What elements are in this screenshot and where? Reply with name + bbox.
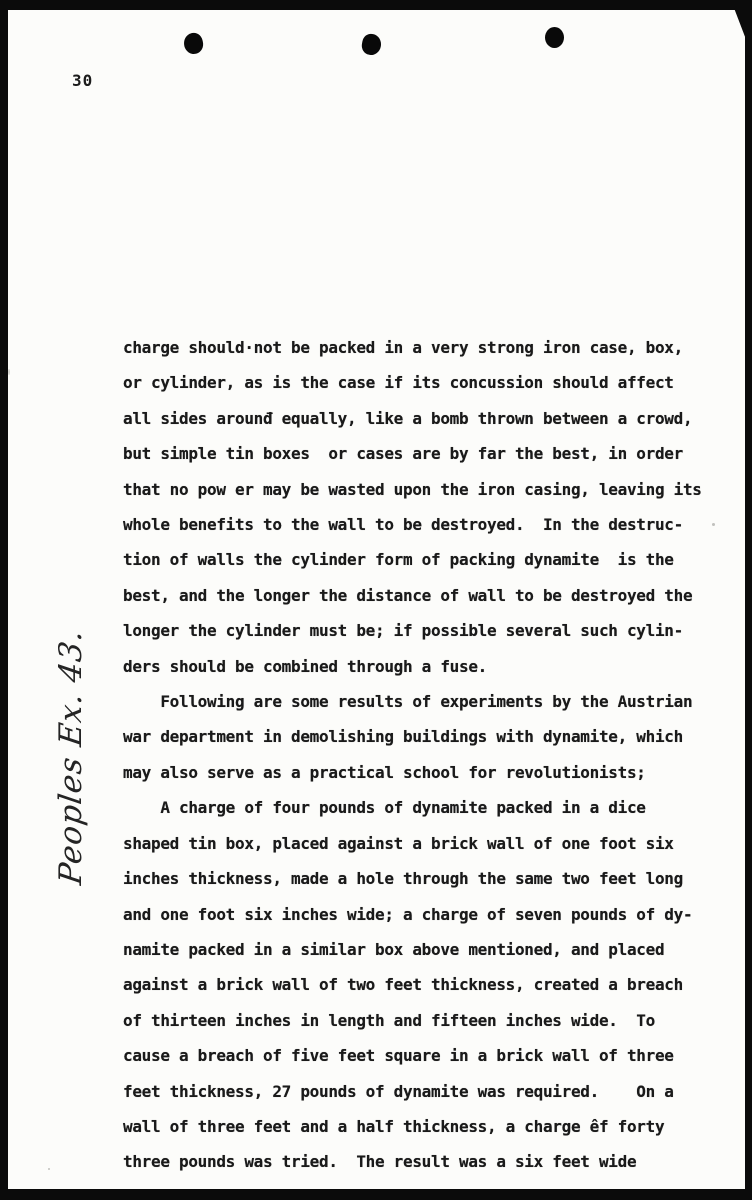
text-line: all sides arounđ equally, like a bomb th… xyxy=(123,401,731,436)
text-line: that no pow er may be wasted upon the ir… xyxy=(123,472,731,507)
text-line: may also serve as a practical school for… xyxy=(123,755,731,790)
text-line: inches thickness, made a hole through th… xyxy=(123,861,731,896)
text-line: whole benefits to the wall to be destroy… xyxy=(123,507,731,542)
scanned-document-page: 30 Peoples Ex. 43. charge should·not be … xyxy=(0,0,752,1200)
hole-punch-dot-icon xyxy=(182,31,206,56)
body-text: charge should·not be packed in a very st… xyxy=(123,330,731,1180)
hole-punch-dot-icon xyxy=(360,33,382,57)
scan-border-bottom xyxy=(0,1189,752,1200)
hole-punch-dot-icon xyxy=(545,27,564,48)
scan-border-right xyxy=(745,0,752,1200)
punch-marks xyxy=(0,0,752,70)
text-line: three pounds was tried. The result was a… xyxy=(123,1144,731,1179)
text-line: namite packed in a similar box above men… xyxy=(123,932,731,967)
text-line: ders should be combined through a fuse. xyxy=(123,649,731,684)
scan-speck xyxy=(48,1168,50,1170)
scan-speck xyxy=(712,523,715,526)
text-line: A charge of four pounds of dynamite pack… xyxy=(123,790,731,825)
text-line: wall of three feet and a half thickness,… xyxy=(123,1109,731,1144)
text-line: cause a breach of five feet square in a … xyxy=(123,1038,731,1073)
text-line: but simple tin boxes or cases are by far… xyxy=(123,436,731,471)
text-line: best, and the longer the distance of wal… xyxy=(123,578,731,613)
scan-border-left xyxy=(0,0,8,1200)
text-line: war department in demolishing buildings … xyxy=(123,719,731,754)
text-line: tion of walls the cylinder form of packi… xyxy=(123,542,731,577)
margin-note-area: Peoples Ex. 43. xyxy=(16,612,126,902)
text-line: and one foot six inches wide; a charge o… xyxy=(123,897,731,932)
page-number: 30 xyxy=(72,71,93,90)
text-line: against a brick wall of two feet thickne… xyxy=(123,967,731,1002)
scan-speck xyxy=(8,369,10,375)
text-line: or cylinder, as is the case if its concu… xyxy=(123,365,731,400)
text-line: charge should·not be packed in a very st… xyxy=(123,330,731,365)
text-line: of thirteen inches in length and fifteen… xyxy=(123,1003,731,1038)
handwritten-exhibit-note: Peoples Ex. 43. xyxy=(53,627,89,887)
text-line: longer the cylinder must be; if possible… xyxy=(123,613,731,648)
text-line: feet thickness, 27 pounds of dynamite wa… xyxy=(123,1074,731,1109)
text-line: Following are some results of experiment… xyxy=(123,684,731,719)
text-line: shaped tin box, placed against a brick w… xyxy=(123,826,731,861)
